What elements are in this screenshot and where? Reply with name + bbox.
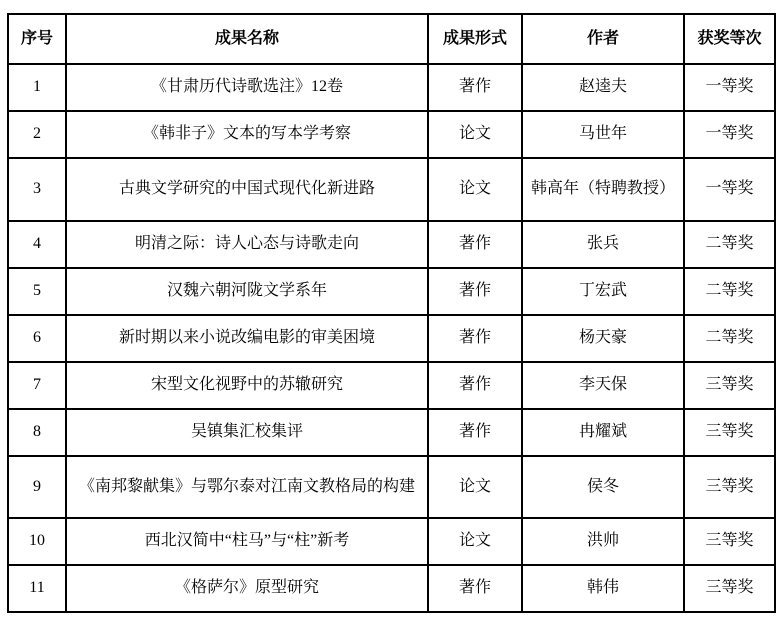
table-row: 5汉魏六朝河陇文学系年著作丁宏武二等奖 [8, 268, 775, 315]
cell-achievement-form: 论文 [428, 111, 522, 158]
cell-award-level: 一等奖 [684, 111, 775, 158]
cell-index: 1 [8, 64, 66, 111]
cell-achievement-name: 《南邦黎献集》与鄂尔泰对江南文教格局的构建 [66, 456, 428, 518]
cell-achievement-name: 汉魏六朝河陇文学系年 [66, 268, 428, 315]
cell-author: 韩高年（特聘教授） [522, 158, 684, 221]
cell-award-level: 三等奖 [684, 456, 775, 518]
cell-award-level: 三等奖 [684, 565, 775, 612]
table-row: 7宋型文化视野中的苏辙研究著作李天保三等奖 [8, 362, 775, 409]
cell-author: 杨天豪 [522, 315, 684, 362]
cell-award-level: 一等奖 [684, 64, 775, 111]
table-row: 2《韩非子》文本的写本学考察论文马世年一等奖 [8, 111, 775, 158]
table-row: 8吴镇集汇校集评著作冉耀斌三等奖 [8, 409, 775, 456]
header-author: 作者 [522, 14, 684, 64]
cell-achievement-name: 《格萨尔》原型研究 [66, 565, 428, 612]
cell-achievement-form: 著作 [428, 268, 522, 315]
cell-index: 9 [8, 456, 66, 518]
cell-index: 11 [8, 565, 66, 612]
table-row: 11《格萨尔》原型研究著作韩伟三等奖 [8, 565, 775, 612]
cell-author: 丁宏武 [522, 268, 684, 315]
cell-author: 赵逵夫 [522, 64, 684, 111]
cell-achievement-name: 古典文学研究的中国式现代化新进路 [66, 158, 428, 221]
table-body: 1《甘肃历代诗歌选注》12卷著作赵逵夫一等奖2《韩非子》文本的写本学考察论文马世… [8, 64, 775, 612]
cell-achievement-name: 明清之际：诗人心态与诗歌走向 [66, 221, 428, 268]
cell-author: 李天保 [522, 362, 684, 409]
cell-award-level: 三等奖 [684, 362, 775, 409]
cell-index: 7 [8, 362, 66, 409]
table-header: 序号 成果名称 成果形式 作者 获奖等次 [8, 14, 775, 64]
cell-award-level: 三等奖 [684, 409, 775, 456]
cell-achievement-form: 著作 [428, 565, 522, 612]
cell-index: 2 [8, 111, 66, 158]
cell-author: 冉耀斌 [522, 409, 684, 456]
cell-achievement-form: 著作 [428, 409, 522, 456]
table-row: 1《甘肃历代诗歌选注》12卷著作赵逵夫一等奖 [8, 64, 775, 111]
header-row: 序号 成果名称 成果形式 作者 获奖等次 [8, 14, 775, 64]
cell-author: 马世年 [522, 111, 684, 158]
cell-index: 4 [8, 221, 66, 268]
cell-index: 8 [8, 409, 66, 456]
cell-achievement-form: 论文 [428, 518, 522, 565]
cell-achievement-name: 吴镇集汇校集评 [66, 409, 428, 456]
cell-index: 3 [8, 158, 66, 221]
cell-achievement-form: 论文 [428, 456, 522, 518]
header-award-level: 获奖等次 [684, 14, 775, 64]
cell-achievement-name: 《甘肃历代诗歌选注》12卷 [66, 64, 428, 111]
cell-author: 张兵 [522, 221, 684, 268]
cell-award-level: 一等奖 [684, 158, 775, 221]
cell-author: 侯冬 [522, 456, 684, 518]
award-results-table: 序号 成果名称 成果形式 作者 获奖等次 1《甘肃历代诗歌选注》12卷著作赵逵夫… [7, 13, 776, 613]
cell-index: 10 [8, 518, 66, 565]
cell-award-level: 三等奖 [684, 518, 775, 565]
cell-achievement-name: 西北汉简中“柱马”与“柱”新考 [66, 518, 428, 565]
cell-author: 洪帅 [522, 518, 684, 565]
cell-achievement-form: 著作 [428, 362, 522, 409]
cell-achievement-form: 著作 [428, 315, 522, 362]
header-achievement-form: 成果形式 [428, 14, 522, 64]
table-row: 6新时期以来小说改编电影的审美困境著作杨天豪二等奖 [8, 315, 775, 362]
table-row: 9《南邦黎献集》与鄂尔泰对江南文教格局的构建论文侯冬三等奖 [8, 456, 775, 518]
cell-award-level: 二等奖 [684, 315, 775, 362]
table-row: 10西北汉简中“柱马”与“柱”新考论文洪帅三等奖 [8, 518, 775, 565]
cell-achievement-name: 《韩非子》文本的写本学考察 [66, 111, 428, 158]
cell-award-level: 二等奖 [684, 221, 775, 268]
cell-achievement-name: 宋型文化视野中的苏辙研究 [66, 362, 428, 409]
cell-award-level: 二等奖 [684, 268, 775, 315]
cell-author: 韩伟 [522, 565, 684, 612]
cell-index: 6 [8, 315, 66, 362]
cell-achievement-name: 新时期以来小说改编电影的审美困境 [66, 315, 428, 362]
cell-index: 5 [8, 268, 66, 315]
header-achievement-name: 成果名称 [66, 14, 428, 64]
table-row: 4明清之际：诗人心态与诗歌走向著作张兵二等奖 [8, 221, 775, 268]
cell-achievement-form: 著作 [428, 64, 522, 111]
cell-achievement-form: 论文 [428, 158, 522, 221]
header-index: 序号 [8, 14, 66, 64]
cell-achievement-form: 著作 [428, 221, 522, 268]
table-row: 3古典文学研究的中国式现代化新进路论文韩高年（特聘教授）一等奖 [8, 158, 775, 221]
